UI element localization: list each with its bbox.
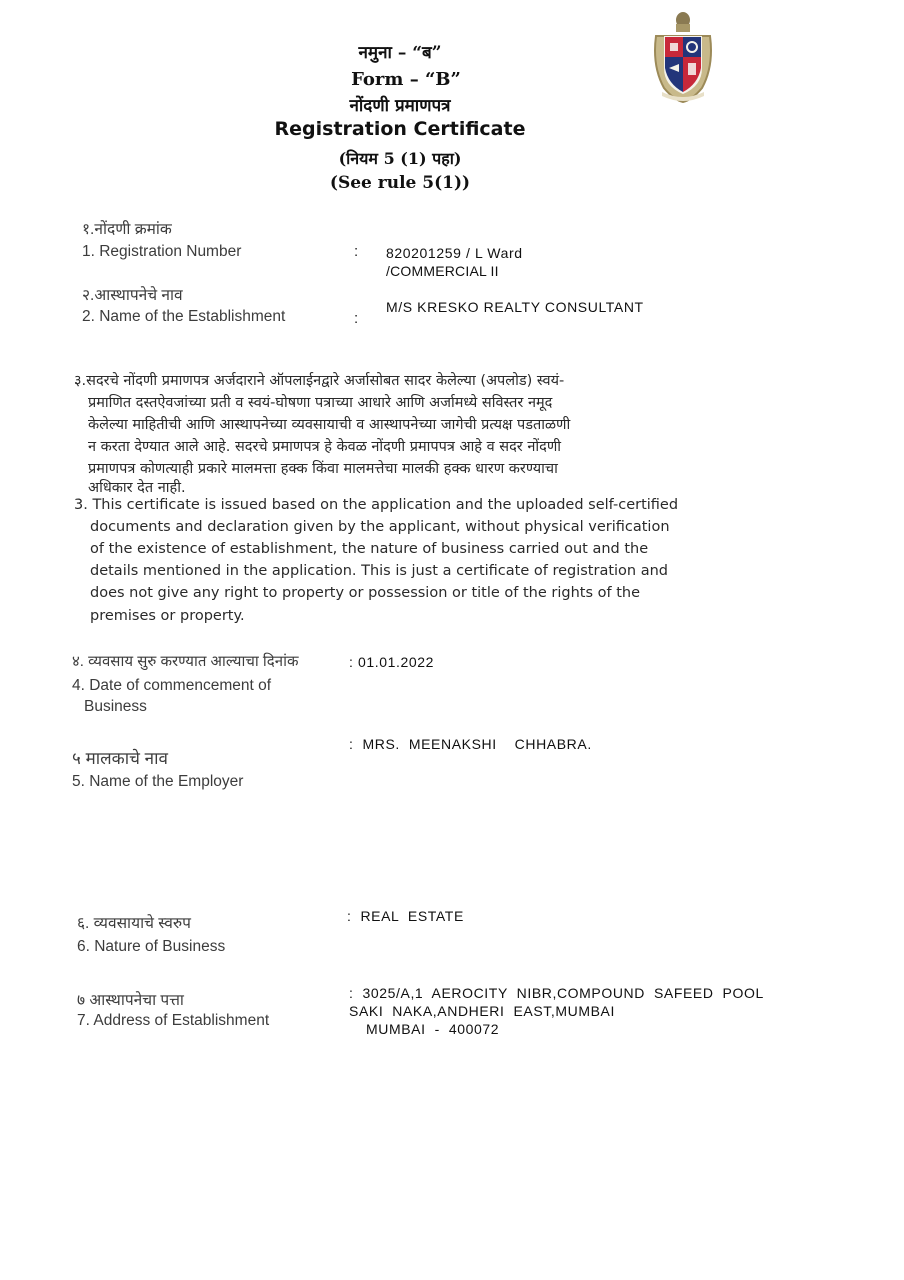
disclaimer-english-line: 3. This certificate is issued based on t… xyxy=(74,497,678,513)
form-label-english: Form – “B” xyxy=(6,69,806,90)
address-value-line3: MUMBAI - 400072 xyxy=(366,1021,499,1037)
field-separator: : xyxy=(354,243,358,260)
title-marathi: नोंदणी प्रमाणपत्र xyxy=(0,93,800,116)
establishment-name-value: M/S KRESKO REALTY CONSULTANT xyxy=(386,299,644,315)
commencement-date-label-cont: Business xyxy=(84,698,147,716)
rule-reference-english: (See rule 5(1)) xyxy=(0,173,800,193)
field-separator: : xyxy=(354,310,358,327)
address-value-line2: SAKI NAKA,ANDHERI EAST,MUMBAI xyxy=(349,1003,615,1019)
establishment-name-label: 2. Name of the Establishment xyxy=(82,308,285,326)
commencement-date-value: : 01.01.2022 xyxy=(349,654,434,670)
disclaimer-marathi-line: प्रमाणित दस्तऐवजांच्या प्रती व स्वयं-घोष… xyxy=(88,392,552,412)
commencement-date-label: 4. Date of commencement of xyxy=(72,677,271,695)
registration-number-label-marathi: १.नोंदणी क्रमांक xyxy=(82,217,172,239)
address-value-line1: : 3025/A,1 AEROCITY NIBR,COMPOUND SAFEED… xyxy=(349,985,764,1001)
registration-category-value: /COMMERCIAL II xyxy=(386,263,499,279)
disclaimer-english-line: of the existence of establishment, the n… xyxy=(90,541,648,557)
form-label-marathi: नमुना – “ब” xyxy=(0,40,800,63)
address-label: 7. Address of Establishment xyxy=(77,1012,269,1030)
disclaimer-marathi-line: न करता देण्यात आले आहे. सदरचे प्रमाणपत्र… xyxy=(88,436,561,456)
disclaimer-english-line: does not give any right to property or p… xyxy=(90,585,640,601)
disclaimer-marathi-line: ३.सदरचे नोंदणी प्रमाणपत्र अर्जदाराने ऑपल… xyxy=(74,370,564,390)
registration-number-value: 820201259 / L Ward xyxy=(386,245,523,261)
disclaimer-marathi-line: केलेल्या माहितीची आणि आस्थापनेच्या व्यवस… xyxy=(88,414,570,434)
commencement-date-label-marathi: ४. व्यवसाय सुरु करण्यात आल्याचा दिनांक xyxy=(72,651,299,671)
nature-of-business-label: 6. Nature of Business xyxy=(77,938,225,956)
registration-number-label: 1. Registration Number xyxy=(82,243,241,261)
establishment-name-label-marathi: २.आस्थापनेचे नाव xyxy=(82,283,183,305)
employer-name-label: 5. Name of the Employer xyxy=(72,773,243,791)
disclaimer-english-line: details mentioned in the application. Th… xyxy=(90,563,668,579)
page-title: Registration Certificate xyxy=(0,118,800,140)
address-label-marathi: ७ आस्थापनेचा पत्ता xyxy=(77,988,184,1010)
disclaimer-english-line: documents and declaration given by the a… xyxy=(90,519,670,535)
nature-of-business-value: : REAL ESTATE xyxy=(347,908,464,924)
employer-name-label-marathi: ५ मालकाचे नाव xyxy=(72,746,168,769)
disclaimer-marathi-line: प्रमाणपत्र कोणत्याही प्रकारे मालमत्ता हक… xyxy=(88,458,558,478)
disclaimer-english-line: premises or property. xyxy=(90,608,245,624)
disclaimer-marathi-line: अधिकार देत नाही. xyxy=(88,477,186,497)
employer-name-value: : MRS. MEENAKSHI CHHABRA. xyxy=(349,736,592,752)
rule-reference-marathi: (नियम 5 (1) पहा) xyxy=(0,147,800,169)
nature-of-business-label-marathi: ६. व्यवसायाचे स्वरुप xyxy=(77,911,191,933)
